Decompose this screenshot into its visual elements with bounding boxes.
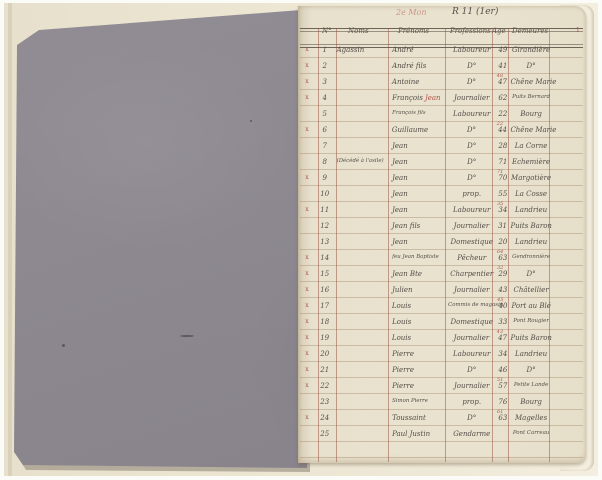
cell-age: 20 (495, 239, 511, 246)
cell-numero: 9 (316, 175, 334, 182)
table-row: 13JeanDomestique20Landrieu (298, 234, 586, 250)
cover-speck (62, 344, 65, 347)
margin-mark: x (298, 63, 316, 69)
cell-demeure: Petite Lande (511, 383, 552, 388)
margin-mark: x (298, 95, 316, 101)
cell-numero: 14 (316, 255, 334, 262)
cell-demeure: D° (511, 271, 552, 278)
cell-demeure: D° (511, 63, 552, 70)
cell-numero: 13 (316, 239, 334, 246)
cell-prenoms: Jean (388, 159, 448, 166)
cell-demeure: Gendronnière (511, 255, 552, 260)
cell-profession: D° (448, 175, 495, 182)
cell-age: 76 (495, 399, 511, 406)
cell-prenoms: feu Jean Baptiste (388, 255, 448, 260)
table-row: 23Simon Pierreprop.76Bourg (298, 394, 586, 410)
cell-age: 6361 (495, 415, 511, 422)
table-row: x21PierreD°46D° (298, 362, 586, 378)
table-row: x19LouisJournalier4743Puits Baron (298, 330, 586, 346)
table-row: 10Jeanprop.55La Cosse (298, 186, 586, 202)
age-red-correction: 32 (497, 266, 503, 271)
cell-demeure: Pont Carreau (511, 431, 552, 436)
cell-prenoms: François fils (388, 111, 448, 116)
cell-demeure: Magelles (511, 415, 552, 422)
margin-mark: x (298, 271, 316, 277)
cell-age: 5751 (495, 383, 511, 390)
column-header-age: Age (492, 27, 506, 35)
cell-profession: D° (448, 63, 495, 70)
column-header-professions: Professions (450, 27, 491, 35)
cell-age: 46 (495, 367, 511, 374)
cell-profession: Laboureur (448, 111, 495, 118)
margin-mark: x (298, 383, 316, 389)
cell-prenoms: Jean (388, 239, 448, 246)
margin-mark: x (298, 335, 316, 341)
cell-profession: Pêcheur (448, 255, 495, 262)
cell-profession: Laboureur (448, 207, 495, 214)
cell-profession: Journalier (448, 383, 495, 390)
cell-demeure: Port au Blé (511, 303, 551, 310)
cell-profession: prop. (448, 399, 495, 406)
cell-demeure: Girandière (511, 47, 552, 54)
table-row: x14feu Jean BaptistePêcheur6364Gendronni… (298, 250, 586, 266)
cell-prenoms: Jean fils (388, 223, 448, 230)
cell-profession: D° (448, 367, 495, 374)
table-row: x22PierreJournalier5751Petite Lande (298, 378, 586, 394)
table-row: x16JulienJournalier43Châtellier (298, 282, 586, 298)
cell-prenoms: André fils (388, 63, 448, 70)
cover-speck (250, 120, 252, 122)
cell-profession: Domestique (448, 239, 495, 246)
table-row: x24ToussaintD°6361Magelles (298, 410, 586, 426)
cell-demeure: Landrieu (511, 207, 552, 214)
prenoms-red-annotation: Jean (425, 94, 441, 102)
table-row: 5François filsLaboureur22Bourg (298, 106, 586, 122)
cell-age: 4045 (495, 303, 511, 310)
margin-mark: x (298, 415, 316, 421)
table-row: x15Jean BteCharpentier2932D° (298, 266, 586, 282)
cell-age: 4422 (495, 127, 511, 134)
cell-profession: Domestique (448, 319, 495, 326)
cell-prenoms: Louis (388, 335, 448, 342)
cell-numero: 7 (316, 143, 334, 150)
age-red-correction: 51 (497, 378, 503, 383)
table-row: x11JeanLaboureur3435Landrieu (298, 202, 586, 218)
cell-profession: D° (448, 159, 495, 166)
cell-age: 4748 (495, 79, 511, 86)
margin-mark: x (298, 79, 316, 85)
age-red-correction: 35 (497, 202, 503, 207)
table-row: x17LouisCommis de magasin4045Port au Blé (298, 298, 586, 314)
left-page-edge (8, 3, 12, 476)
age-red-correction: 71 (497, 170, 503, 175)
cell-noms: (Décédé à l'asile) (334, 159, 388, 164)
table-row: x6GuillaumeD°4422Chêne Marie (298, 122, 586, 138)
cell-age: 62 (495, 95, 511, 102)
table-row: x20PierreLaboureur34Landrieu (298, 346, 586, 362)
cell-numero: 4 (316, 95, 334, 102)
cell-demeure: La Cosse (511, 191, 552, 198)
cell-numero: 22 (316, 383, 334, 390)
cell-numero: 1 (316, 47, 334, 54)
cell-prenoms: Jean (388, 175, 448, 182)
cell-profession: Charpentier (448, 271, 495, 278)
page-number: 1 (576, 27, 580, 34)
scanned-register-page: 2e Mon R 11 (1er) 1 N° Noms Prénoms Prof… (0, 0, 602, 480)
cell-profession: D° (448, 127, 494, 134)
cell-demeure: Chêne Marie (510, 79, 551, 86)
table-row: x18LouisDomestique33Pont Rougier (298, 314, 586, 330)
table-row: x4FrançoisJeanJournalier62Puits Bernard (298, 90, 586, 106)
cell-profession: Laboureur (448, 351, 495, 358)
title-annotation-red: 2e Mon (396, 8, 427, 17)
cell-demeure: Landrieu (511, 239, 552, 246)
cell-age: 71 (495, 159, 511, 166)
cell-demeure: Bourg (511, 111, 552, 118)
cell-prenoms: Simon Pierre (388, 399, 448, 404)
margin-mark: x (298, 127, 316, 133)
cell-numero: 20 (316, 351, 334, 358)
margin-mark: x (298, 287, 316, 293)
column-header-noms: Noms (348, 27, 369, 35)
cell-prenoms: Julien (388, 287, 448, 294)
cell-numero: 11 (316, 207, 334, 214)
column-header-prenoms: Prénoms (398, 27, 429, 35)
cell-age: 28 (495, 143, 511, 150)
cell-age: 41 (495, 63, 511, 70)
table-row: 12Jean filsJournalier31Puits Baron (298, 218, 586, 234)
table-row: x9JeanD°7071Margotière (298, 170, 586, 186)
margin-mark: x (298, 175, 316, 181)
column-header-no: N° (322, 27, 332, 35)
cell-prenoms: Paul Justin (388, 431, 448, 438)
cell-profession: Journalier (448, 287, 495, 294)
cell-profession: Journalier (448, 95, 495, 102)
cell-profession: prop. (448, 191, 495, 198)
cell-numero: 25 (316, 431, 334, 438)
cell-prenoms: Pierre (388, 367, 448, 374)
age-red-correction: 45 (497, 298, 503, 303)
cell-numero: 19 (316, 335, 334, 342)
cell-numero: 2 (316, 63, 334, 70)
register-rows: x1AgassinAndréLaboureur49Girandièrex2And… (298, 42, 586, 442)
margin-mark: x (298, 319, 316, 325)
cell-age: 49 (495, 47, 511, 54)
cell-demeure: Châtellier (511, 287, 552, 294)
margin-mark: x (298, 255, 316, 261)
age-red-correction: 22 (497, 122, 503, 127)
cell-age: 4743 (495, 335, 511, 342)
cell-profession: D° (448, 79, 494, 86)
age-red-correction: 64 (497, 250, 503, 255)
cell-demeure: Puits Baron (510, 335, 551, 342)
cell-age: 2932 (495, 271, 511, 278)
table-row: 7JeanD°28La Corne (298, 138, 586, 154)
cell-prenoms: FrançoisJean (388, 95, 448, 102)
cell-numero: 5 (316, 111, 334, 118)
cell-numero: 10 (316, 191, 334, 198)
cell-demeure: D° (511, 367, 552, 374)
cell-profession: Journalier (448, 223, 494, 230)
page-title: R 11 (1er) (452, 7, 498, 17)
cell-demeure: Echemière (511, 159, 552, 166)
cell-prenoms: Jean (388, 191, 448, 198)
cell-age: 7071 (495, 175, 511, 182)
cell-age: 55 (495, 191, 511, 198)
cell-prenoms: Guillaume (388, 127, 448, 134)
cell-age: 31 (495, 223, 511, 230)
cell-demeure: Chêne Marie (510, 127, 551, 134)
cell-demeure: Puits Bernard (511, 95, 552, 100)
cell-prenoms: Jean (388, 207, 448, 214)
cell-numero: 21 (316, 367, 334, 374)
cell-demeure: Bourg (511, 399, 552, 406)
cell-demeure: Puits Baron (510, 223, 551, 230)
cell-numero: 6 (316, 127, 334, 134)
cell-prenoms: Antoine (388, 79, 448, 86)
cell-age: 43 (495, 287, 511, 294)
table-row: x3AntoineD°4748Chêne Marie (298, 74, 586, 90)
age-red-correction: 61 (497, 410, 503, 415)
cell-age: 33 (495, 319, 511, 326)
table-row: 8(Décédé à l'asile)JeanD°71Echemière (298, 154, 586, 170)
cell-noms: Agassin (334, 47, 388, 54)
age-red-correction: 48 (497, 74, 503, 79)
margin-mark: x (298, 351, 316, 357)
cell-prenoms: Pierre (388, 383, 448, 390)
cell-age: 34 (495, 351, 511, 358)
margin-mark: x (298, 47, 316, 53)
cell-prenoms: Louis (388, 319, 448, 326)
cell-demeure: Margotière (511, 175, 552, 182)
cell-profession: D° (448, 143, 495, 150)
cell-prenoms: Louis (388, 303, 448, 310)
cell-demeure: Pont Rougier (511, 319, 552, 324)
cell-prenoms: Pierre (388, 351, 448, 358)
table-row: 25Paul JustinGendarmePont Carreau (298, 426, 586, 442)
cell-demeure: La Corne (511, 143, 552, 150)
cell-prenoms: Jean Bte (388, 271, 448, 278)
table-row: x1AgassinAndréLaboureur49Girandière (298, 42, 586, 58)
table-row: x2André filsD°41D° (298, 58, 586, 74)
cell-profession: Gendarme (448, 431, 495, 438)
cell-demeure: Landrieu (511, 351, 552, 358)
cell-numero: 3 (316, 79, 334, 86)
cover-speck (180, 335, 194, 337)
cell-age: 3435 (495, 207, 511, 214)
cell-profession: Laboureur (448, 47, 495, 54)
cell-numero: 24 (316, 415, 334, 422)
cell-prenoms: Jean (388, 143, 448, 150)
age-red-correction: 43 (497, 330, 503, 335)
cell-numero: 8 (316, 159, 334, 166)
cell-numero: 23 (316, 399, 334, 406)
cell-age: 6364 (495, 255, 511, 262)
cell-profession: D° (448, 415, 495, 422)
cell-profession: Commis de magasin (448, 303, 495, 308)
margin-mark: x (298, 303, 316, 309)
margin-mark: x (298, 207, 316, 213)
cell-profession: Journalier (448, 335, 494, 342)
cell-numero: 12 (316, 223, 334, 230)
cell-numero: 18 (316, 319, 334, 326)
cell-numero: 16 (316, 287, 334, 294)
cell-age: 22 (495, 111, 511, 118)
cell-numero: 15 (316, 271, 334, 278)
column-header-demeures: Demeures (512, 27, 548, 35)
cell-prenoms: Toussaint (388, 415, 448, 422)
margin-mark: x (298, 367, 316, 373)
cell-prenoms: André (388, 47, 448, 54)
cell-numero: 17 (316, 303, 334, 310)
